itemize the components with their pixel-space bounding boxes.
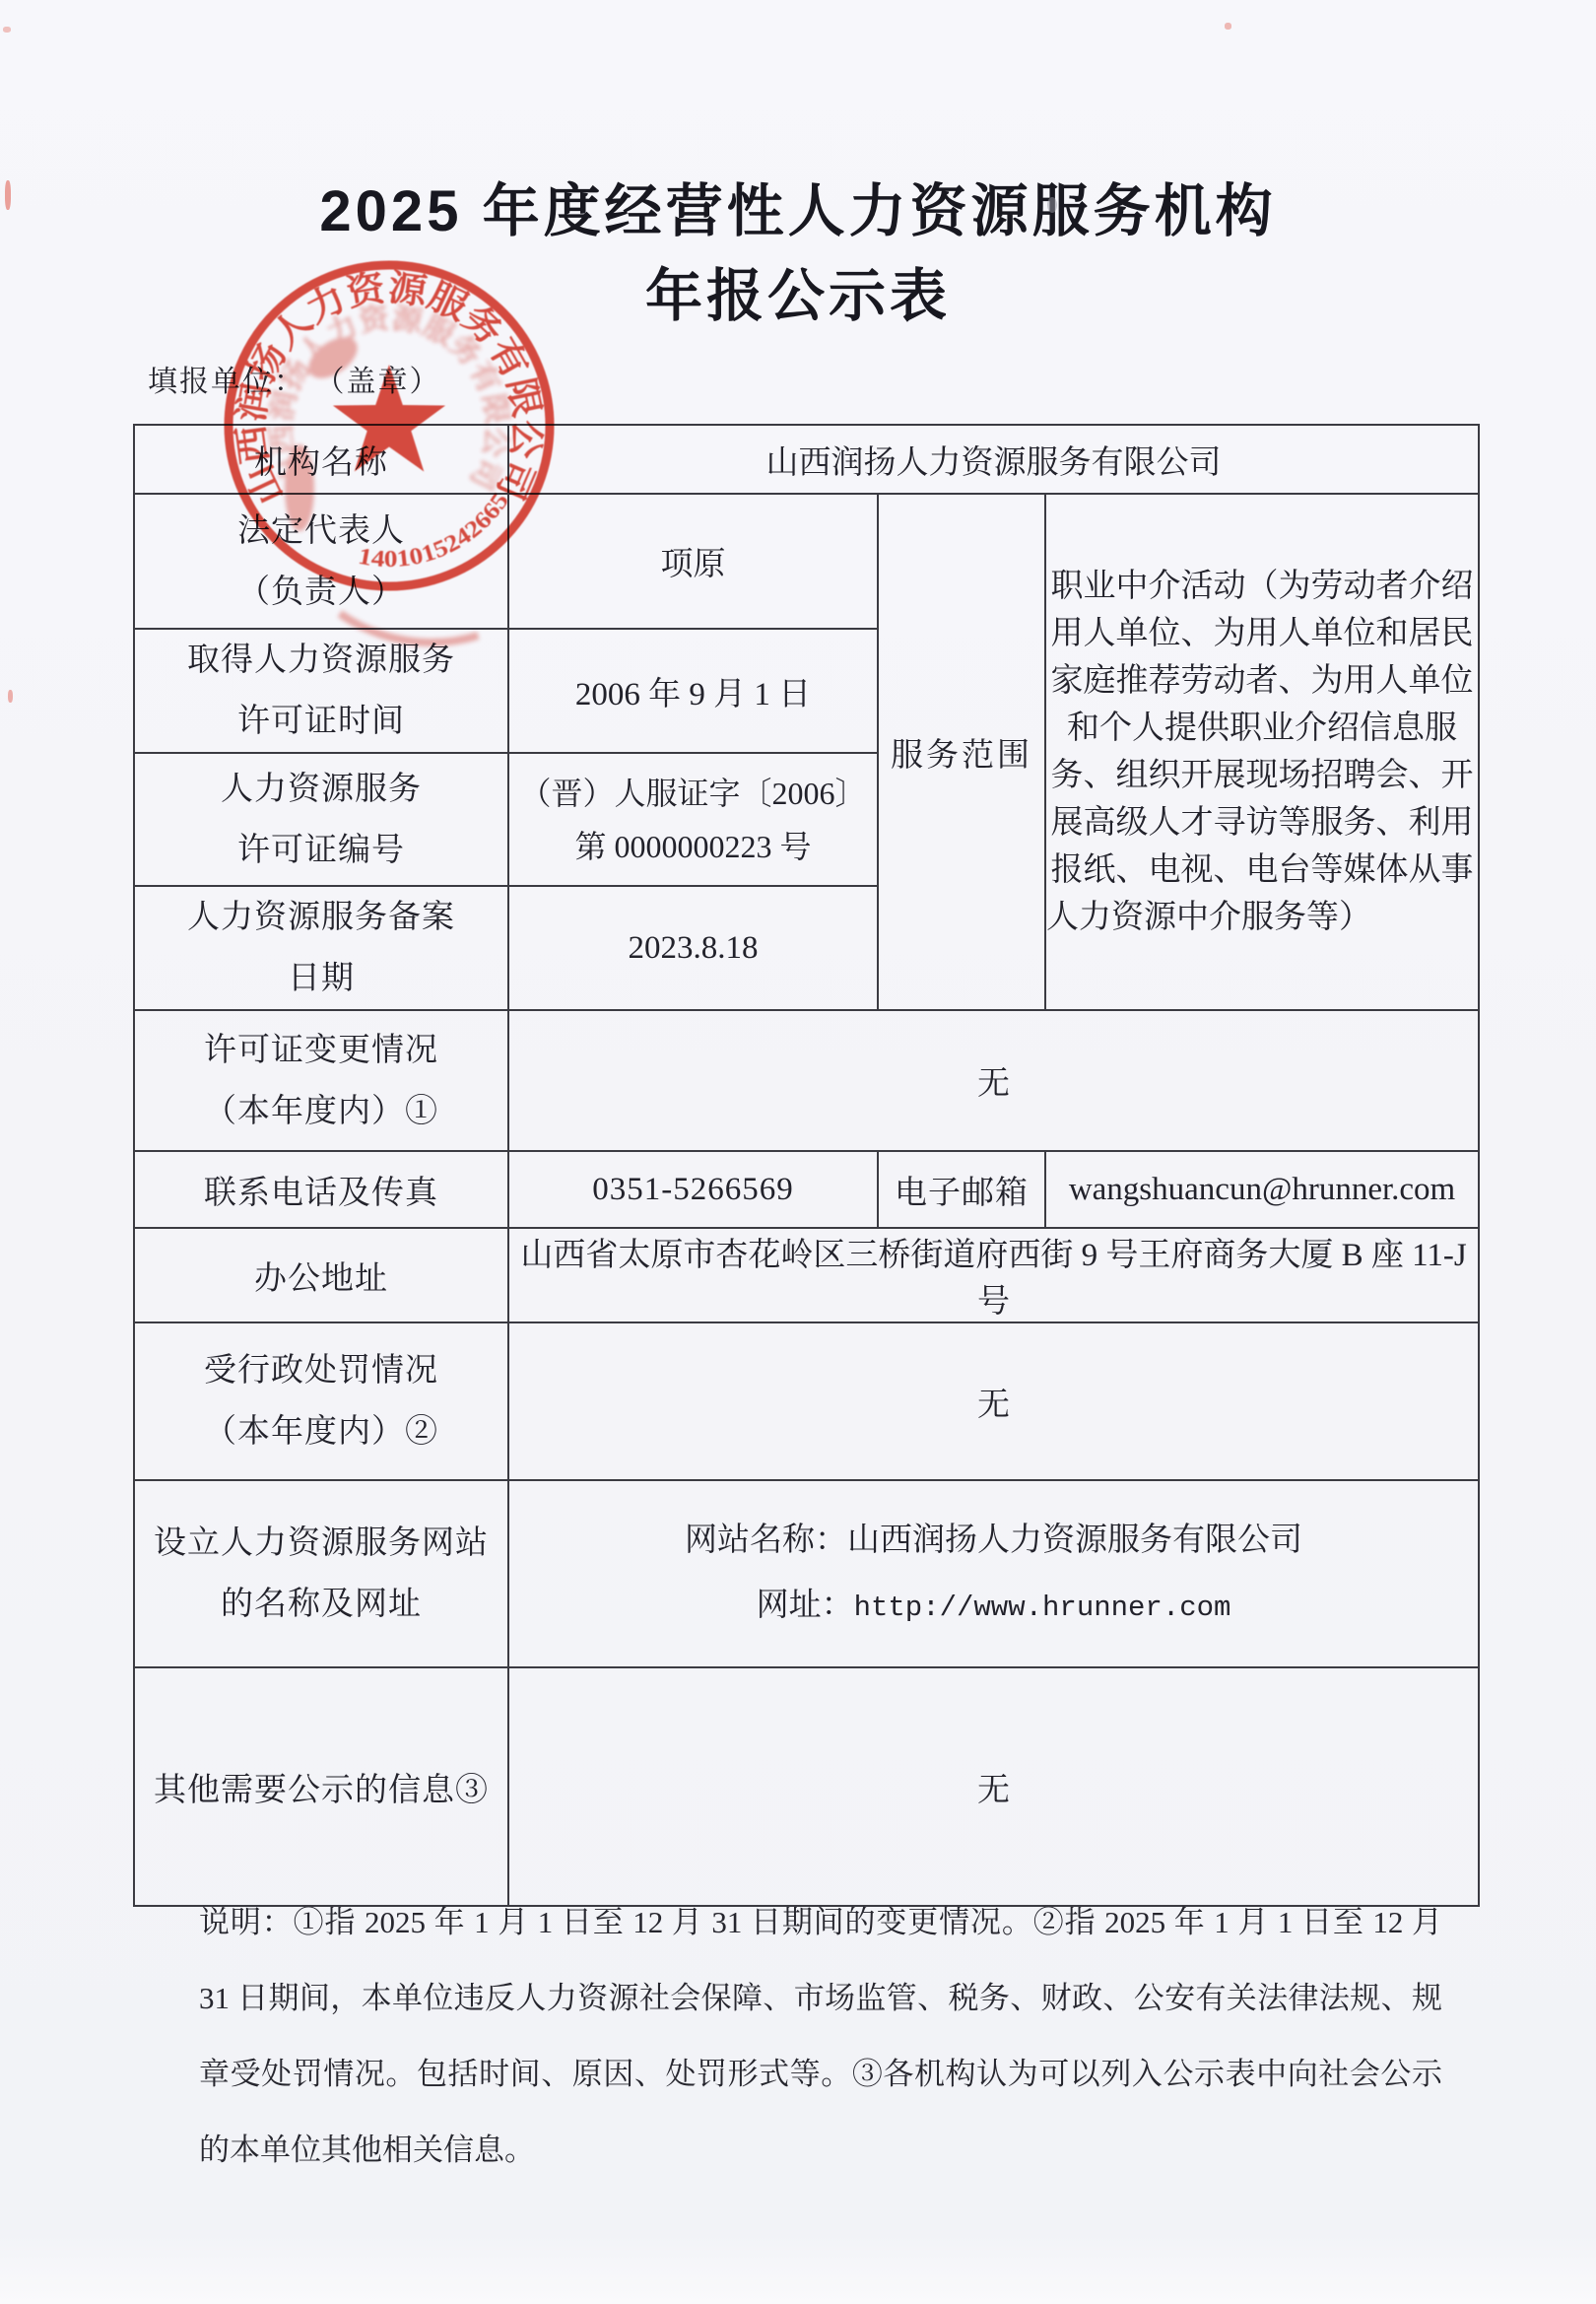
penalty-label: 受行政处罚情况 （本年度内）② (134, 1322, 508, 1480)
website-label-line2: 的名称及网址 (135, 1574, 507, 1635)
address-label: 办公地址 (134, 1228, 508, 1322)
website-url-label: 网址： (757, 1588, 854, 1623)
page-title-line2: 年报公示表 (0, 254, 1596, 339)
service-scope-label: 服务范围 (878, 494, 1045, 1010)
website-label-line1: 设立人力资源服务网站 (135, 1513, 507, 1574)
license-change-label: 许可证变更情况 （本年度内）① (134, 1010, 508, 1151)
annual-report-table: 机构名称 山西润扬人力资源服务有限公司 法定代表人 （负责人） 项原 服务范围 … (133, 424, 1480, 1907)
org-name-value: 山西润扬人力资源服务有限公司 (508, 425, 1479, 494)
legal-rep-label-line2: （负责人） (135, 562, 507, 623)
license-no-value-line1: （晋）人服证字〔2006〕 (509, 767, 877, 820)
scan-artifact-dot (1047, 197, 1057, 213)
website-url-line: 网址：http://www.hrunner.com (509, 1573, 1478, 1641)
license-date-value: 2006 年 9 月 1 日 (508, 629, 878, 753)
license-change-value: 无 (508, 1010, 1479, 1151)
penalty-label-line1: 受行政处罚情况 (135, 1340, 507, 1401)
license-date-label: 取得人力资源服务 许可证时间 (134, 629, 508, 753)
filing-date-label-line2: 日期 (135, 948, 507, 1009)
row-other-info: 其他需要公示的信息③ 无 (134, 1667, 1479, 1906)
legal-rep-label: 法定代表人 （负责人） (134, 494, 508, 629)
notes-paragraph: 说明：①指 2025 年 1 月 1 日至 12 月 31 日期间的变更情况。②… (199, 1884, 1442, 2188)
other-info-value: 无 (508, 1667, 1479, 1906)
legal-rep-label-line1: 法定代表人 (135, 501, 507, 562)
scan-speck (8, 690, 13, 703)
page-title: 2025 年度经营性人力资源服务机构 年报公示表 (0, 169, 1596, 339)
other-info-label: 其他需要公示的信息③ (134, 1667, 508, 1906)
scanned-annual-report-page: 2025 年度经营性人力资源服务机构 年报公示表 填报单位： （盖章） 机构名称… (0, 0, 1596, 2304)
penalty-value: 无 (508, 1322, 1479, 1480)
website-value: 网站名称：山西润扬人力资源服务有限公司 网址：http://www.hrunne… (508, 1480, 1479, 1667)
org-name-label: 机构名称 (134, 425, 508, 494)
row-legal-rep: 法定代表人 （负责人） 项原 服务范围 职业中介活动（为劳动者介绍用人单位、为用… (134, 494, 1479, 629)
license-change-label-line1: 许可证变更情况 (135, 1020, 507, 1081)
email-value: wangshuancun@hrunner.com (1045, 1151, 1479, 1228)
email-label: 电子邮箱 (878, 1151, 1045, 1228)
license-no-value-line2: 第 0000000223 号 (509, 820, 877, 873)
row-license-change: 许可证变更情况 （本年度内）① 无 (134, 1010, 1479, 1151)
contact-label: 联系电话及传真 (134, 1151, 508, 1228)
row-penalty: 受行政处罚情况 （本年度内）② 无 (134, 1322, 1479, 1480)
scan-speck (3, 27, 11, 33)
service-scope-text: 职业中介活动（为劳动者介绍用人单位、为用人单位和居民家庭推荐劳动者、为用人单位和… (1045, 494, 1479, 1010)
filing-date-label-line1: 人力资源服务备案 (135, 887, 507, 948)
filing-date-label: 人力资源服务备案 日期 (134, 886, 508, 1010)
row-org-name: 机构名称 山西润扬人力资源服务有限公司 (134, 425, 1479, 494)
contact-phone-value: 0351-5266569 (508, 1151, 878, 1228)
address-value: 山西省太原市杏花岭区三桥街道府西街 9 号王府商务大厦 B 座 11-J 号 (508, 1228, 1479, 1322)
page-title-line1: 2025 年度经营性人力资源服务机构 (0, 169, 1596, 254)
penalty-label-line2: （本年度内）② (135, 1401, 507, 1462)
row-contact: 联系电话及传真 0351-5266569 电子邮箱 wangshuancun@h… (134, 1151, 1479, 1228)
license-date-label-line2: 许可证时间 (135, 691, 507, 752)
row-website: 设立人力资源服务网站 的名称及网址 网站名称：山西润扬人力资源服务有限公司 网址… (134, 1480, 1479, 1667)
website-url: http://www.hrunner.com (854, 1592, 1231, 1624)
website-name-line: 网站名称：山西润扬人力资源服务有限公司 (509, 1508, 1478, 1573)
license-date-label-line1: 取得人力资源服务 (135, 630, 507, 691)
legal-rep-value: 项原 (508, 494, 878, 629)
scan-speck (1225, 23, 1231, 30)
website-label: 设立人力资源服务网站 的名称及网址 (134, 1480, 508, 1667)
row-address: 办公地址 山西省太原市杏花岭区三桥街道府西街 9 号王府商务大厦 B 座 11-… (134, 1228, 1479, 1322)
license-change-label-line2: （本年度内）① (135, 1081, 507, 1142)
license-no-label-line1: 人力资源服务 (135, 759, 507, 820)
license-no-label: 人力资源服务 许可证编号 (134, 753, 508, 886)
license-no-label-line2: 许可证编号 (135, 820, 507, 881)
scan-speck (5, 180, 11, 210)
form-unit-label: 填报单位： （盖章） (148, 357, 441, 400)
license-no-value: （晋）人服证字〔2006〕 第 0000000223 号 (508, 753, 878, 886)
filing-date-value: 2023.8.18 (508, 886, 878, 1010)
